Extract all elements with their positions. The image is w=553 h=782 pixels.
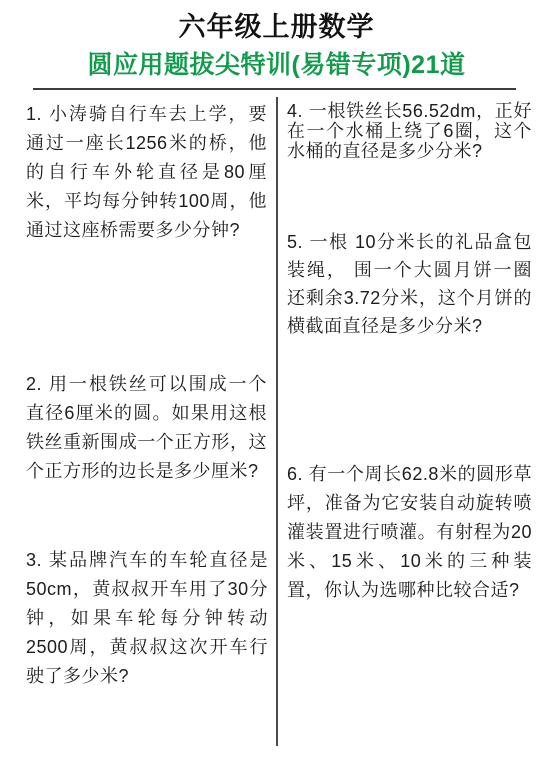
problem-5: 5. 一根 10分米长的礼品盒包装绳， 围一个大圆月饼一圈还剩余3.72分米，这… xyxy=(287,228,532,340)
worksheet-title: 六年级上册数学 xyxy=(0,11,553,43)
worksheet-page: 六年级上册数学 圆应用题拔尖特训(易错专项)21道 1. 小涛骑自行车去上学，要… xyxy=(0,0,553,782)
header-divider xyxy=(33,88,516,90)
column-divider xyxy=(276,97,278,746)
problem-1: 1. 小涛骑自行车去上学，要通过一座长1256米的桥，他的自行车外轮直径是80厘… xyxy=(26,100,267,245)
problem-2: 2. 用一根铁丝可以围成一个直径6厘米的圆。如果用这根铁丝重新围成一个正方形，这… xyxy=(26,370,267,486)
problem-4: 4. 一根铁丝长56.52dm，正好在一个水桶上绕了6圈，这个水桶的直径是多少分… xyxy=(287,101,532,161)
worksheet-subtitle: 圆应用题拔尖特训(易错专项)21道 xyxy=(0,50,553,80)
problem-6: 6. 有一个周长62.8米的圆形草坪，准备为它安装自动旋转喷灌装置进行喷灌。有射… xyxy=(287,460,532,605)
problem-3: 3. 某品牌汽车的车轮直径是50cm，黄叔叔开车用了30分钟，如果车轮每分钟转动… xyxy=(26,546,268,691)
